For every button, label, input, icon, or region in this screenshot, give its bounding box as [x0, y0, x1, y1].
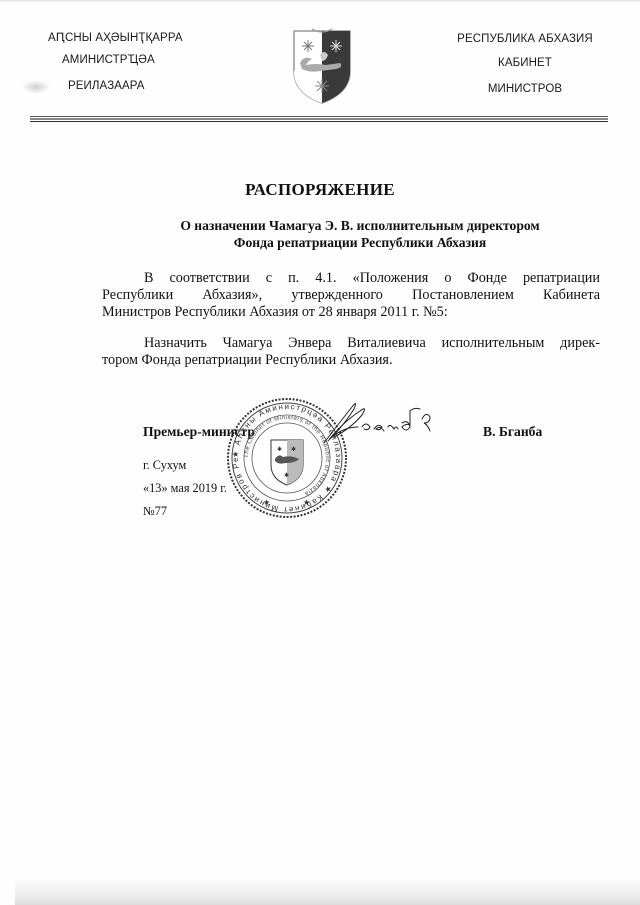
svg-text:★: ★	[303, 498, 310, 507]
signatory-name: В. Бганба	[483, 424, 542, 440]
document-date: «13» мая 2019 г.	[143, 481, 227, 496]
scan-smudge	[22, 80, 50, 94]
document-place: г. Сухум	[143, 458, 186, 473]
document-number: №77	[143, 504, 167, 519]
paragraph-line: В соответствии с п. 4.1. «Положения о Фо…	[102, 270, 600, 287]
header-right-line-3: МИНИСТРОВ	[440, 83, 610, 95]
scan-edge	[0, 0, 640, 3]
document-title: РАСПОРЯЖЕНИЕ	[0, 180, 640, 200]
header-left-line-2: АМИНИСТРҴӘА	[62, 54, 155, 66]
paragraph-line: Министров Республики Абхазия от 28 январ…	[102, 304, 600, 321]
header-left-line-1: АԤСНЫ АҲӘЫНҬҚАРРА	[48, 30, 183, 44]
document-subject: О назначении Чамагуа Э. В. исполнительны…	[100, 217, 620, 251]
svg-text:✱: ✱	[277, 446, 282, 453]
paragraph-basis: В соответствии с п. 4.1. «Положения о Фо…	[102, 270, 600, 321]
coat-of-arms-abkhazia-icon	[290, 27, 354, 105]
paragraph-line: тором Фонда репатриации Республики Абхаз…	[102, 352, 600, 369]
svg-text:✱: ✱	[284, 472, 289, 479]
subject-line-1: О назначении Чамагуа Э. В. исполнительны…	[100, 217, 620, 234]
header-left-line-3: РЕИЛАЗААРА	[68, 80, 145, 92]
scan-shadow	[15, 877, 640, 905]
header-rule-line	[30, 116, 608, 117]
paragraph-line: Республики Абхазия», утвержденного Поста…	[102, 287, 600, 304]
paragraph-line: Назначить Чамагуа Энвера Виталиевича исп…	[102, 335, 600, 352]
header-right-line-1: РЕСПУБЛИКА АБХАЗИЯ	[440, 33, 610, 45]
svg-text:✱: ✱	[291, 446, 296, 453]
header-right-line-2: КАБИНЕТ	[440, 57, 610, 69]
handwritten-signature-icon	[318, 397, 468, 445]
header-rule-line	[30, 118, 608, 120]
paragraph-appointment: Назначить Чамагуа Энвера Виталиевича исп…	[102, 335, 600, 369]
header-rule-line	[30, 121, 608, 122]
svg-text:★: ★	[263, 498, 270, 507]
subject-line-2: Фонда репатриации Республики Абхазия	[100, 234, 620, 251]
